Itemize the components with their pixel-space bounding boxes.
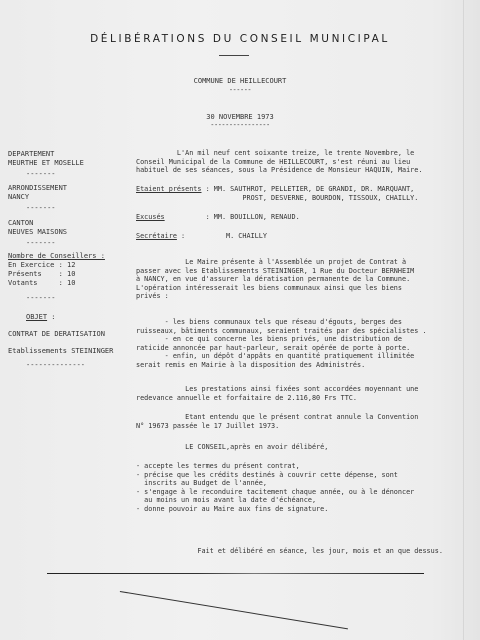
decisions-list: - accepte les termes du présent contrat,… [136, 462, 414, 514]
presents-label: Etaient présents [136, 185, 201, 193]
conseillers-label: Nombre de Conseillers : [8, 252, 105, 261]
separator: ------- [26, 239, 56, 248]
excuses-line: Excusés : MM. BOUILLON, RENAUD. [136, 213, 300, 222]
convention-paragraph: Etant entendu que le présent contrat ann… [136, 413, 418, 430]
date-separator: ---------------- [0, 121, 480, 129]
en-exercice-count: En Exercice : 12 [8, 261, 75, 270]
cancel-slash-line [120, 591, 348, 629]
objet-heading: OBJET : [26, 313, 56, 322]
separator: ------- [26, 294, 56, 303]
prestations-paragraph: Les prestations ainsi fixées sont accord… [136, 385, 418, 402]
objet-line-2: Etablissements STEININGER [8, 347, 113, 356]
excuses-label: Excusés [136, 213, 165, 221]
excuses-list: : MM. BOUILLON, RENAUD. [165, 213, 300, 221]
intro-paragraph: L'An mil neuf cent soixante treize, le t… [136, 149, 422, 175]
document-title: DÉLIBÉRATIONS DU CONSEIL MUNICIPAL [0, 33, 480, 45]
secretaire-label: Secrétaire [136, 232, 177, 240]
title-underline [219, 55, 249, 56]
objet-line-1: CONTRAT DE DERATISATION [8, 330, 105, 339]
presents-count: Présents : 10 [8, 270, 75, 279]
conseil-paragraph: LE CONSEIL,après en avoir délibéré, [136, 443, 328, 452]
commune-name: COMMUNE DE HEILLECOURT [0, 77, 480, 85]
details-paragraph: - les biens communaux tels que réseau d'… [136, 318, 427, 370]
secretaire-line: Secrétaire : M. CHAILLY [136, 232, 267, 241]
separator: ------- [26, 204, 56, 213]
maire-paragraph: Le Maire présente à l'Assemblée un proje… [136, 258, 414, 301]
canton-label: CANTON [8, 219, 33, 228]
signature-rule [47, 573, 424, 574]
objet-label: OBJET [26, 313, 47, 321]
paper-fold-line [463, 0, 464, 640]
secretaire-name: : M. CHAILLY [177, 232, 267, 240]
departement-label: DEPARTEMENT [8, 150, 54, 159]
objet-separator: -------------- [26, 361, 85, 370]
objet-colon: : [47, 313, 55, 321]
arrondissement-label: ARRONDISSEMENT [8, 184, 67, 193]
arrondissement-value: NANCY [8, 193, 29, 202]
presents-line: Etaient présents : MM. SAUTHROT, PELLETI… [136, 185, 418, 202]
separator: ------- [26, 170, 56, 179]
commune-separator: ------ [0, 86, 480, 94]
canton-value: NEUVES MAISONS [8, 228, 67, 237]
document-page: DÉLIBÉRATIONS DU CONSEIL MUNICIPAL COMMU… [0, 0, 480, 640]
meeting-date: 30 NOVEMBRE 1973 [0, 113, 480, 121]
departement-value: MEURTHE ET MOSELLE [8, 159, 84, 168]
closing-line: Fait et délibéré en séance, les jour, mo… [136, 547, 443, 556]
votants-count: Votants : 10 [8, 279, 75, 288]
